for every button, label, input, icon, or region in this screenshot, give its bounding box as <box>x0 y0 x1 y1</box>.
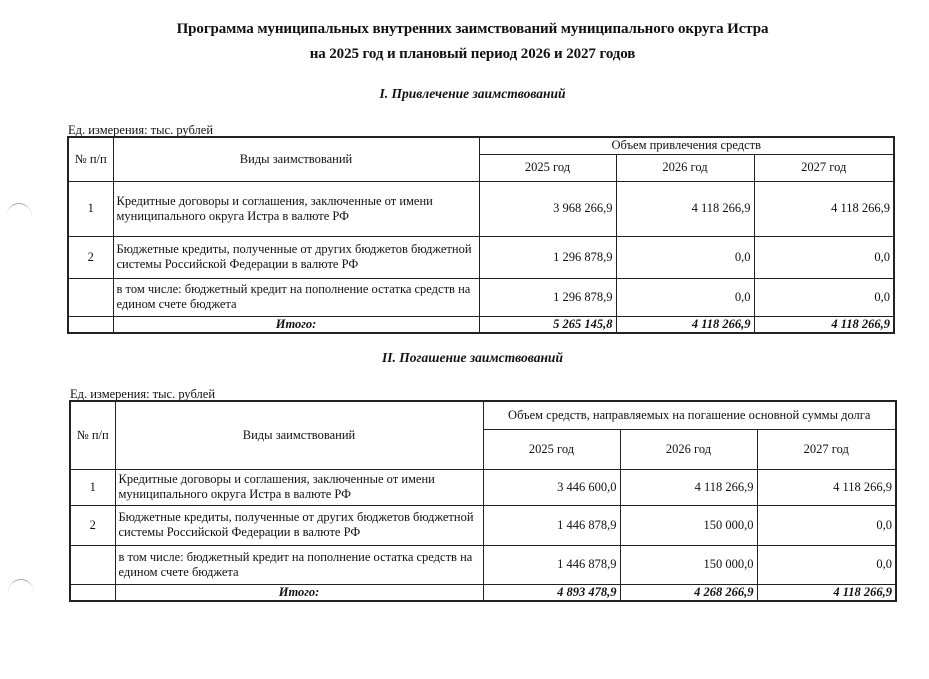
value-2027: 0,0 <box>757 545 896 584</box>
total-2026: 4 118 266,9 <box>616 316 754 333</box>
row-number <box>68 278 113 316</box>
header-year-2026: 2026 год <box>620 429 757 469</box>
value-2026: 4 118 266,9 <box>620 469 757 505</box>
header-year-2027: 2027 год <box>754 154 894 181</box>
value-2025: 3 968 266,9 <box>479 181 616 236</box>
value-2026: 4 118 266,9 <box>616 181 754 236</box>
table-row: 2 Бюджетные кредиты, полученные от други… <box>70 505 896 545</box>
value-2026: 0,0 <box>616 278 754 316</box>
section1-title: I. Привлечение заимствований <box>8 86 929 102</box>
header-type: Виды заимствований <box>113 137 479 181</box>
punch-hole-mark <box>6 203 32 230</box>
document-title: Программа муниципальных внутренних заимс… <box>8 21 929 38</box>
row-description: Бюджетные кредиты, полученные от других … <box>113 236 479 278</box>
value-2025: 1 296 878,9 <box>479 236 616 278</box>
row-description: в том числе: бюджетный кредит на пополне… <box>115 545 483 584</box>
header-year-2027: 2027 год <box>757 429 896 469</box>
row-description: в том числе: бюджетный кредит на пополне… <box>113 278 479 316</box>
header-type: Виды заимствований <box>115 401 483 469</box>
value-2025: 1 446 878,9 <box>483 545 620 584</box>
value-2025: 3 446 600,0 <box>483 469 620 505</box>
value-2027: 0,0 <box>757 505 896 545</box>
section1-table: № п/п Виды заимствований Объем привлечен… <box>67 136 895 334</box>
punch-hole-mark <box>8 579 34 606</box>
total-number-cell <box>68 316 113 333</box>
header-volume: Объем средств, направляемых на погашение… <box>483 401 896 429</box>
value-2027: 0,0 <box>754 278 894 316</box>
section2-title: II. Погашение заимствований <box>8 350 929 366</box>
value-2025: 1 296 878,9 <box>479 278 616 316</box>
total-2025: 4 893 478,9 <box>483 584 620 601</box>
table-row: 1 Кредитные договоры и соглашения, заклю… <box>70 469 896 505</box>
table-row: в том числе: бюджетный кредит на пополне… <box>68 278 894 316</box>
header-number: № п/п <box>70 401 115 469</box>
table-row: 1 Кредитные договоры и соглашения, заклю… <box>68 181 894 236</box>
value-2025: 1 446 878,9 <box>483 505 620 545</box>
value-2026: 0,0 <box>616 236 754 278</box>
value-2027: 4 118 266,9 <box>757 469 896 505</box>
value-2026: 150 000,0 <box>620 545 757 584</box>
row-description: Кредитные договоры и соглашения, заключе… <box>113 181 479 236</box>
header-year-2025: 2025 год <box>483 429 620 469</box>
row-description: Кредитные договоры и соглашения, заключе… <box>115 469 483 505</box>
row-number: 2 <box>70 505 115 545</box>
total-label: Итого: <box>113 316 479 333</box>
table-row: в том числе: бюджетный кредит на пополне… <box>70 545 896 584</box>
value-2027: 4 118 266,9 <box>754 181 894 236</box>
total-number-cell <box>70 584 115 601</box>
total-2025: 5 265 145,8 <box>479 316 616 333</box>
row-number: 1 <box>68 181 113 236</box>
header-number: № п/п <box>68 137 113 181</box>
total-2026: 4 268 266,9 <box>620 584 757 601</box>
total-label: Итого: <box>115 584 483 601</box>
header-volume: Объем привлечения средств <box>479 137 894 154</box>
header-year-2026: 2026 год <box>616 154 754 181</box>
row-number <box>70 545 115 584</box>
section2-table: № п/п Виды заимствований Объем средств, … <box>69 400 897 602</box>
row-number: 1 <box>70 469 115 505</box>
total-row: Итого: 5 265 145,8 4 118 266,9 4 118 266… <box>68 316 894 333</box>
value-2026: 150 000,0 <box>620 505 757 545</box>
header-year-2025: 2025 год <box>479 154 616 181</box>
value-2027: 0,0 <box>754 236 894 278</box>
row-number: 2 <box>68 236 113 278</box>
row-description: Бюджетные кредиты, полученные от других … <box>115 505 483 545</box>
table-row: 2 Бюджетные кредиты, полученные от други… <box>68 236 894 278</box>
document-subtitle: на 2025 год и плановый период 2026 и 202… <box>8 46 929 63</box>
total-2027: 4 118 266,9 <box>757 584 896 601</box>
total-row: Итого: 4 893 478,9 4 268 266,9 4 118 266… <box>70 584 896 601</box>
total-2027: 4 118 266,9 <box>754 316 894 333</box>
